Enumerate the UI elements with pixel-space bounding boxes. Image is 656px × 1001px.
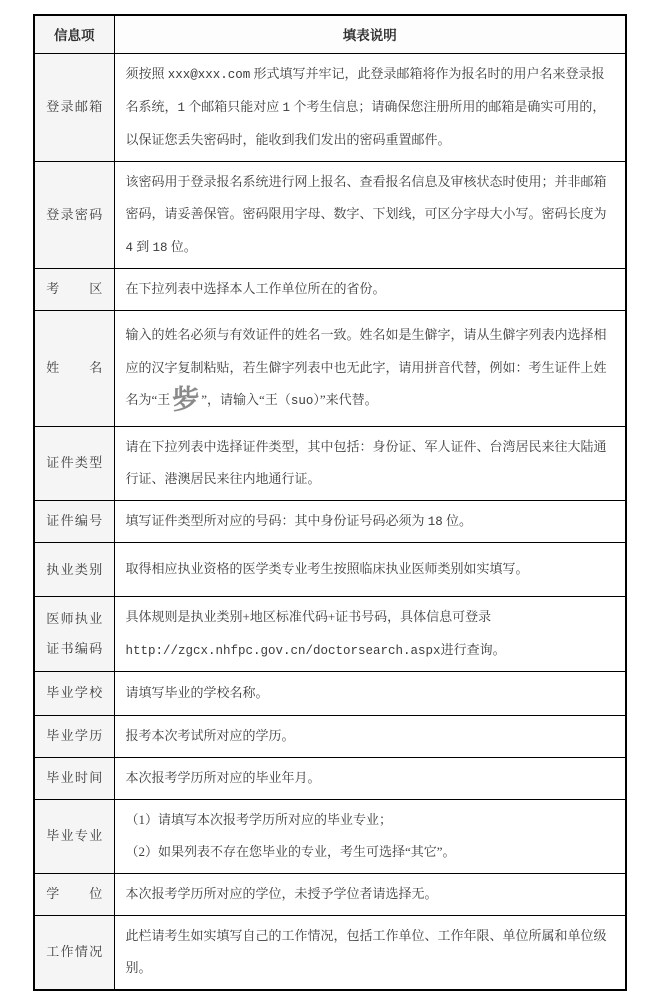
description-cell: 此栏请考生如实填写自己的工作情况，包括工作单位、工作年限、单位所属和单位级别。 bbox=[114, 915, 626, 990]
table-row: 登录密码该密码用于登录报名系统进行网上报名、查看报名信息及审核状态时使用；并非邮… bbox=[34, 161, 626, 268]
info-item-cell: 医师执业证书编码 bbox=[34, 597, 114, 672]
description-cell: 报考本次考试所对应的学历。 bbox=[114, 715, 626, 757]
info-item-label: 毕业时间 bbox=[46, 763, 102, 793]
table-row: 证件编号填写证件类型所对应的号码：其中身份证号码必须为 18 位。 bbox=[34, 500, 626, 542]
info-item-label: 证件类型 bbox=[46, 448, 102, 478]
description-cell: 输入的姓名必须与有效证件的姓名一致。姓名如是生僻字，请从生僻字列表内选择相应的汉… bbox=[114, 310, 626, 426]
description-text: ）”来代替。 bbox=[313, 392, 377, 407]
info-item-cell: 证件类型 bbox=[34, 426, 114, 500]
table-row: 学位本次报考学历所对应的学位，未授予学位者请选择无。 bbox=[34, 873, 626, 915]
info-item-cell: 执业类别 bbox=[34, 543, 114, 597]
description-cell: 请填写毕业的学校名称。 bbox=[114, 671, 626, 715]
description-text: （1）请填写本次报考学历所对应的毕业专业； bbox=[126, 812, 393, 827]
description-text: （2）如果列表不存在您毕业的专业，考生可选择“其它”。 bbox=[126, 844, 456, 859]
description-cell: 该密码用于登录报名系统进行网上报名、查看报名信息及审核状态时使用；并非邮箱密码，… bbox=[114, 161, 626, 268]
description-cell: 须按照 xxx@xxx.com 形式填写并牢记，此登录邮箱将作为报名时的用户名来… bbox=[114, 53, 626, 161]
info-item-label: 毕业学历 bbox=[46, 721, 102, 751]
column-header-instructions: 填表说明 bbox=[114, 15, 626, 53]
description-text: 请在下拉列表中选择证件类型，其中包括：身份证、军人证件、台湾居民来往大陆通行证、… bbox=[126, 439, 607, 487]
info-item-cell: 学位 bbox=[34, 873, 114, 915]
info-item-cell: 毕业专业 bbox=[34, 799, 114, 873]
description-text: 到 bbox=[133, 239, 153, 254]
info-item-label: 工作情况 bbox=[46, 937, 102, 967]
description-text: 本次报考学历所对应的毕业年月。 bbox=[126, 770, 321, 785]
description-cell: 取得相应执业资格的医学类专业考生按照临床执业医师类别如实填写。 bbox=[114, 543, 626, 597]
column-header-info-item: 信息项 bbox=[34, 15, 114, 53]
description-text: 位。 bbox=[168, 239, 197, 254]
description-text: 具体规则是执业类别+地区标准代码+证书号码，具体信息可登录 bbox=[126, 609, 492, 624]
description-text: 报考本次考试所对应的学历。 bbox=[126, 728, 295, 743]
description-cell: 本次报考学历所对应的学位，未授予学位者请选择无。 bbox=[114, 873, 626, 915]
info-item-label: 毕业专业 bbox=[46, 821, 102, 851]
info-item-label: 证件编号 bbox=[46, 506, 102, 536]
table-row: 毕业时间本次报考学历所对应的毕业年月。 bbox=[34, 757, 626, 799]
doctor-search-url: http://zgcx.nhfpc.gov.cn/doctorsearch.as… bbox=[126, 644, 441, 658]
email-format-example: xxx@xxx.com bbox=[168, 68, 251, 82]
info-item-label: 毕业学校 bbox=[46, 678, 102, 708]
info-item-cell: 工作情况 bbox=[34, 915, 114, 990]
description-text: 请填写毕业的学校名称。 bbox=[126, 685, 269, 700]
description-text: 该密码用于登录报名系统进行网上报名、查看报名信息及审核状态时使用；并非邮箱密码，… bbox=[126, 174, 607, 222]
info-item-label: 考区 bbox=[46, 274, 102, 304]
info-item-cell: 毕业学历 bbox=[34, 715, 114, 757]
description-cell: 填写证件类型所对应的号码：其中身份证号码必须为 18 位。 bbox=[114, 500, 626, 542]
header-row: 信息项 填表说明 bbox=[34, 15, 626, 53]
info-item-label: 登录密码 bbox=[46, 200, 102, 230]
table-row: 毕业学校请填写毕业的学校名称。 bbox=[34, 671, 626, 715]
info-item-label: 学位 bbox=[46, 879, 102, 909]
rare-character-glyph: 㱔 bbox=[170, 387, 201, 414]
table-row: 工作情况此栏请考生如实填写自己的工作情况，包括工作单位、工作年限、单位所属和单位… bbox=[34, 915, 626, 990]
description-text: 此栏请考生如实填写自己的工作情况，包括工作单位、工作年限、单位所属和单位级别。 bbox=[126, 928, 607, 976]
description-cell: 本次报考学历所对应的毕业年月。 bbox=[114, 757, 626, 799]
info-item-cell: 登录邮箱 bbox=[34, 53, 114, 161]
table-row: 姓名输入的姓名必须与有效证件的姓名一致。姓名如是生僻字，请从生僻字列表内选择相应… bbox=[34, 310, 626, 426]
info-item-cell: 毕业学校 bbox=[34, 671, 114, 715]
description-cell: （1）请填写本次报考学历所对应的毕业专业；（2）如果列表不存在您毕业的专业，考生… bbox=[114, 799, 626, 873]
description-cell: 具体规则是执业类别+地区标准代码+证书号码，具体信息可登录http://zgcx… bbox=[114, 597, 626, 672]
table-body: 登录邮箱须按照 xxx@xxx.com 形式填写并牢记，此登录邮箱将作为报名时的… bbox=[34, 53, 626, 990]
description-text: 取得相应执业资格的医学类专业考生按照临床执业医师类别如实填写。 bbox=[126, 561, 529, 576]
description-cell: 请在下拉列表中选择证件类型，其中包括：身份证、军人证件、台湾居民来往大陆通行证、… bbox=[114, 426, 626, 500]
form-instructions-table: 信息项 填表说明 登录邮箱须按照 xxx@xxx.com 形式填写并牢记，此登录… bbox=[33, 14, 627, 991]
info-item-cell: 考区 bbox=[34, 268, 114, 310]
description-text: 进行查询。 bbox=[441, 642, 506, 657]
info-item-label: 执业类别 bbox=[46, 555, 102, 585]
table-row: 毕业学历报考本次考试所对应的学历。 bbox=[34, 715, 626, 757]
description-cell: 在下拉列表中选择本人工作单位所在的省份。 bbox=[114, 268, 626, 310]
description-text: 须按照 bbox=[126, 66, 168, 81]
table-row: 证件类型请在下拉列表中选择证件类型，其中包括：身份证、军人证件、台湾居民来往大陆… bbox=[34, 426, 626, 500]
info-item-cell: 姓名 bbox=[34, 310, 114, 426]
table-row: 毕业专业（1）请填写本次报考学历所对应的毕业专业；（2）如果列表不存在您毕业的专… bbox=[34, 799, 626, 873]
info-item-cell: 证件编号 bbox=[34, 500, 114, 542]
description-text: 在下拉列表中选择本人工作单位所在的省份。 bbox=[126, 281, 386, 296]
table-row: 登录邮箱须按照 xxx@xxx.com 形式填写并牢记，此登录邮箱将作为报名时的… bbox=[34, 53, 626, 161]
info-item-label: 登录邮箱 bbox=[46, 92, 102, 122]
monospace-text: 18 bbox=[153, 241, 168, 255]
table-row: 执业类别取得相应执业资格的医学类专业考生按照临床执业医师类别如实填写。 bbox=[34, 543, 626, 597]
description-text: 个邮箱只能对应 bbox=[185, 99, 283, 114]
info-item-label: 姓名 bbox=[46, 353, 102, 383]
monospace-text: 1 bbox=[283, 101, 291, 115]
monospace-text: 18 bbox=[428, 515, 443, 529]
info-item-label: 医师执业证书编码 bbox=[46, 604, 102, 664]
monospace-text: 1 bbox=[178, 101, 186, 115]
description-text: 位。 bbox=[443, 513, 472, 528]
description-text: 填写证件类型所对应的号码：其中身份证号码必须为 bbox=[126, 513, 428, 528]
monospace-text: suo bbox=[291, 394, 314, 408]
description-text: 本次报考学历所对应的学位，未授予学位者请选择无。 bbox=[126, 886, 438, 901]
info-item-cell: 登录密码 bbox=[34, 161, 114, 268]
table-row: 考区在下拉列表中选择本人工作单位所在的省份。 bbox=[34, 268, 626, 310]
description-text: ”，请输入“王（ bbox=[201, 392, 291, 407]
table-row: 医师执业证书编码具体规则是执业类别+地区标准代码+证书号码，具体信息可登录htt… bbox=[34, 597, 626, 672]
monospace-text: 4 bbox=[126, 241, 134, 255]
info-item-cell: 毕业时间 bbox=[34, 757, 114, 799]
